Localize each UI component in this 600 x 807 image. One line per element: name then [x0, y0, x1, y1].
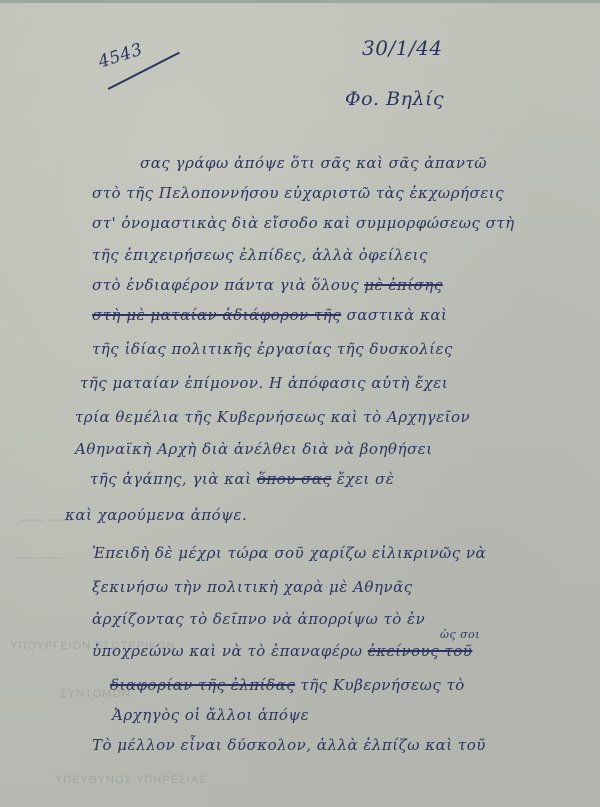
letter-line: ξεκινήσω τὴν πολιτικὴ χαρὰ μὲ Αθηνᾶς	[92, 578, 413, 596]
paper-top-edge	[0, 0, 600, 3]
letter-line: τῆς ἰδίας πολιτικῆς ἐργασίας τῆς δυσκολί…	[92, 340, 453, 358]
letter-line: τῆς ἀγάπης, γιὰ καὶ ὅπου σας ἔχει σὲ	[90, 470, 394, 488]
letter-line: καὶ χαρούμενα ἀπόψε.	[65, 506, 247, 524]
letter-heading: Φο. Βηλίς	[345, 88, 444, 110]
inserted-text: ὡς σοι	[440, 628, 480, 641]
letter-line-text: τῆς Κυβερνήσεως τὸ	[300, 676, 464, 694]
letter-line: ὑποχρεώνω καὶ νὰ τὸ ἐπαναφέρω ἐκείνους τ…	[92, 642, 472, 660]
letter-line-text: σαστικὰ καὶ	[346, 306, 447, 324]
letter-line: ἀρχίζοντας τὸ δεῖπνο νὰ ἀπορρίψω τὸ ἐν	[92, 610, 425, 628]
letter-line-text: ἔχει σὲ	[337, 470, 395, 488]
archive-number: 4543	[96, 39, 145, 72]
letter-line: στὸ τῆς Πελοποννήσου εὐχαριστῶ τὰς ἐκχωρ…	[92, 184, 504, 202]
letter-line: τρία θεμέλια τῆς Κυβερνήσεως καὶ τὸ Αρχη…	[75, 408, 470, 426]
struck-text: ἐκείνους τοῦ	[368, 642, 473, 660]
struck-text: στὴ μὲ ματαίαν ἀδιάφορον τῆς	[92, 306, 341, 324]
struck-text: διαφορίαν τῆς ἐλπίδας	[110, 676, 295, 694]
letter-line: Ἐπειδὴ δὲ μέχρι τώρα σοῦ χαρίζω εἰλικριν…	[92, 544, 486, 562]
letter-line: στὸ ἐνδιαφέρον πάντα γιὰ ὅλους μὲ ἐπίσης	[92, 276, 443, 294]
letter-line: σας γράφω ἀπόψε ὅτι σᾶς καὶ σᾶς ἀπαντῶ	[140, 154, 487, 172]
bleed-through-text: ————	[16, 552, 64, 564]
letter-line: Ἀρχηγὸς οἱ ἄλλοι ἀπόψε	[112, 706, 309, 724]
letter-date: 30/1/44	[362, 36, 443, 60]
letter-line-text: στὸ ἐνδιαφέρον πάντα γιὰ ὅλους	[92, 276, 359, 294]
letter-line: στὴ μὲ ματαίαν ἀδιάφορον τῆς σαστικὰ καὶ	[92, 306, 447, 324]
letter-line: τῆς ματαίαν ἐπίμονον. Η ἀπόφασις αὐτὴ ἔχ…	[80, 374, 448, 392]
letter-line: στ' ὀνομαστικὰς διὰ εἴσοδο καὶ συμμορφώσ…	[92, 214, 515, 232]
bleed-through-text: ΥΠΕΥΘΥΝΟΣ ΥΠΗΡΕΣΙΑΣ	[55, 774, 207, 786]
letter-line: Τὸ μέλλον εἶναι δύσκολον, ἀλλὰ ἐλπίζω κα…	[92, 736, 486, 754]
letter-line-text: τῆς ἀγάπης, γιὰ καὶ	[90, 470, 252, 488]
letter-page: —— —— ———— ΥΠΟΥΡΓΕΙΟΝ ΕΣΩΤΕΡΙΚΩΝ ΣΥΝΤΟΜΟ…	[0, 0, 600, 807]
letter-line-text: ὑποχρεώνω καὶ νὰ τὸ ἐπαναφέρω	[92, 642, 362, 660]
letter-line: τῆς ἐπιχειρήσεως ἐλπίδες, ἀλλὰ ὀφείλεις	[92, 246, 428, 264]
struck-text: ὅπου σας	[257, 470, 332, 488]
struck-text: μὲ ἐπίσης	[364, 276, 442, 294]
letter-line: διαφορίαν τῆς ἐλπίδας τῆς Κυβερνήσεως τὸ	[110, 676, 465, 694]
letter-line: Αθηναϊκὴ Αρχὴ διὰ ἀνέλθει διὰ νὰ βοηθήσε…	[75, 440, 433, 458]
